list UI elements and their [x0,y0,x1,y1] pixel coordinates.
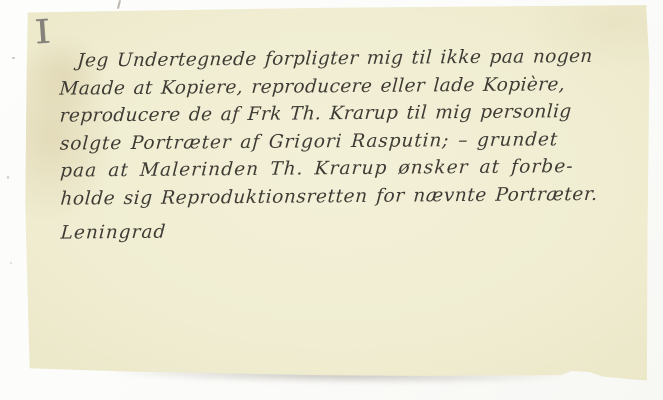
handwritten-text-block: Jeg Undertegnede forpligter mig til ikke… [58,42,656,247]
paper-sheet: I Jeg Undertegnede forpligter mig til ik… [0,0,663,400]
pencil-numeral: I [33,11,52,51]
scanned-document: I Jeg Undertegnede forpligter mig til ik… [0,0,663,400]
handwriting-line-6: holde sig Reproduktionsretten for nævnte… [60,180,658,213]
handwriting-line-place: Leningrad [60,214,658,247]
